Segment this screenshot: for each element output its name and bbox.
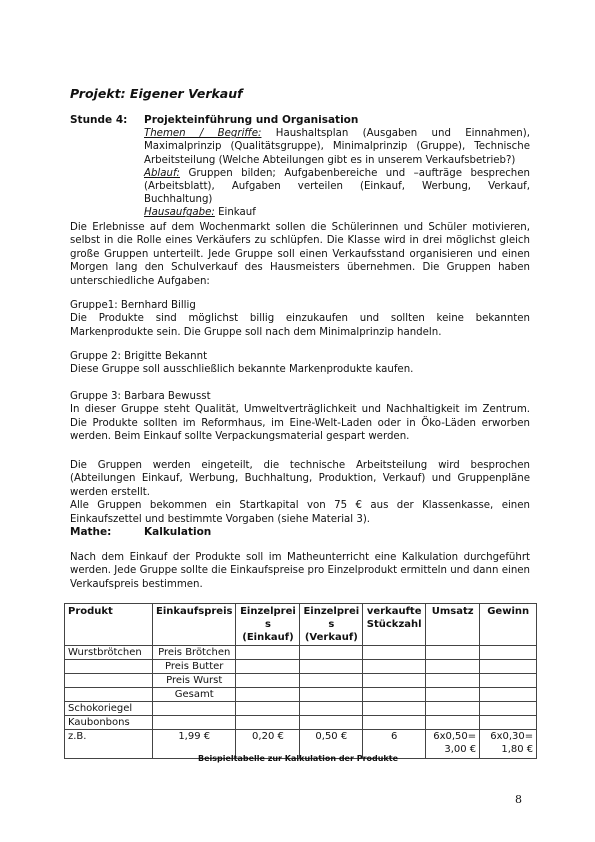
lesson-body: Projekteinführung und Organisation Theme…: [144, 114, 530, 220]
gewinn-line1: 6x0,30=: [483, 730, 533, 743]
ablauf-label: Ablauf:: [144, 168, 180, 179]
lesson-ablauf: Ablauf: Gruppen bilden; Aufgabenbereiche…: [144, 167, 530, 207]
startkapital-text: Alle Gruppen bekommen ein Startkapital v…: [70, 499, 530, 526]
cell: [236, 702, 300, 716]
group-name: Gruppe1: Bernhard Billig: [70, 299, 530, 312]
cell: Wurstbrötchen: [65, 646, 153, 660]
cell: [300, 660, 363, 674]
intro-paragraph: Die Erlebnisse auf dem Wochenmarkt solle…: [70, 221, 530, 288]
cell: [480, 660, 537, 674]
cell: [65, 674, 153, 688]
cell: [300, 646, 363, 660]
organisation-paragraph: Die Gruppen werden eingeteilt, die techn…: [70, 459, 530, 526]
table-row: Preis Wurst: [65, 674, 537, 688]
cell: [153, 716, 236, 730]
hausaufgabe-text: Einkauf: [215, 207, 256, 218]
cell: Preis Wurst: [153, 674, 236, 688]
lesson-heading: Projekteinführung und Organisation: [144, 114, 530, 127]
math-paragraph: Nach dem Einkauf der Produkte soll im Ma…: [70, 551, 530, 591]
cell: [363, 716, 426, 730]
organisation-text: Die Gruppen werden eingeteilt, die techn…: [70, 459, 530, 499]
cell: [65, 660, 153, 674]
cell: [300, 688, 363, 702]
header-gewinn: Gewinn: [480, 604, 537, 646]
header-stueckzahl: verkaufte Stückzahl: [363, 604, 426, 646]
cell: [426, 660, 480, 674]
cell: Gesamt: [153, 688, 236, 702]
lesson-themen: Themen / Begriffe: Haushaltsplan (Ausgab…: [144, 127, 530, 167]
group-text: In dieser Gruppe steht Qualität, Umweltv…: [70, 403, 530, 443]
table-row: Gesamt: [65, 688, 537, 702]
cell: [236, 674, 300, 688]
group-name: Gruppe 2: Brigitte Bekannt: [70, 350, 530, 363]
header-einkaufspreis: Einkaufspreis: [153, 604, 236, 646]
header-umsatz: Umsatz: [426, 604, 480, 646]
cell: [480, 674, 537, 688]
cell: [236, 716, 300, 730]
table-row: Wurstbrötchen Preis Brötchen: [65, 646, 537, 660]
cell: [363, 660, 426, 674]
themen-label: Themen / Begriffe:: [144, 128, 261, 139]
group-name: Gruppe 3: Barbara Bewusst: [70, 390, 530, 403]
group-2: Gruppe 2: Brigitte Bekannt Diese Gruppe …: [70, 350, 530, 377]
ablauf-text: Gruppen bilden; Aufgabenbereiche und –au…: [144, 168, 530, 205]
group-text: Diese Gruppe soll ausschließlich bekannt…: [70, 363, 530, 376]
cell: [363, 702, 426, 716]
cell: [363, 646, 426, 660]
cell: [300, 702, 363, 716]
cell: [236, 646, 300, 660]
lesson-hausaufgabe: Hausaufgabe: Einkauf: [144, 206, 530, 219]
cell: [480, 716, 537, 730]
cell: [236, 660, 300, 674]
header-einzelpreis-einkauf: Einzelprei s (Einkauf): [236, 604, 300, 646]
cell: Preis Brötchen: [153, 646, 236, 660]
group-3: Gruppe 3: Barbara Bewusst In dieser Grup…: [70, 390, 530, 444]
umsatz-line1: 6x0,50=: [429, 730, 476, 743]
cell: [300, 674, 363, 688]
cell: Schokoriegel: [65, 702, 153, 716]
cell: Kaubonbons: [65, 716, 153, 730]
cell: [426, 646, 480, 660]
cell: [236, 688, 300, 702]
cell: [426, 674, 480, 688]
table-row: Kaubonbons: [65, 716, 537, 730]
cell: [426, 702, 480, 716]
cell: [426, 688, 480, 702]
table-caption: Beispieltabelle zur Kalkulation der Prod…: [64, 754, 532, 763]
cell: [65, 688, 153, 702]
cell: [480, 646, 537, 660]
cell: [153, 702, 236, 716]
cell: [363, 688, 426, 702]
group-1: Gruppe1: Bernhard Billig Die Produkte si…: [70, 299, 530, 339]
group-text: Die Produkte sind möglichst billig einzu…: [70, 312, 530, 339]
math-label: Mathe:: [70, 526, 111, 538]
header-produkt: Produkt: [65, 604, 153, 646]
cell: Preis Butter: [153, 660, 236, 674]
cell: [426, 716, 480, 730]
table-row: Schokoriegel: [65, 702, 537, 716]
cell: [480, 688, 537, 702]
lesson-label: Stunde 4:: [70, 114, 127, 126]
hausaufgabe-label: Hausaufgabe:: [144, 207, 215, 218]
page-number: 8: [515, 793, 522, 806]
page-title: Projekt: Eigener Verkauf: [70, 86, 243, 101]
cell: [300, 716, 363, 730]
math-title: Kalkulation: [144, 526, 211, 538]
table-header-row: Produkt Einkaufspreis Einzelprei s (Eink…: [65, 604, 537, 646]
calculation-table: Produkt Einkaufspreis Einzelprei s (Eink…: [64, 603, 537, 759]
cell: [480, 702, 537, 716]
table-row: Preis Butter: [65, 660, 537, 674]
header-einzelpreis-verkauf: Einzelprei s (Verkauf): [300, 604, 363, 646]
cell: [363, 674, 426, 688]
